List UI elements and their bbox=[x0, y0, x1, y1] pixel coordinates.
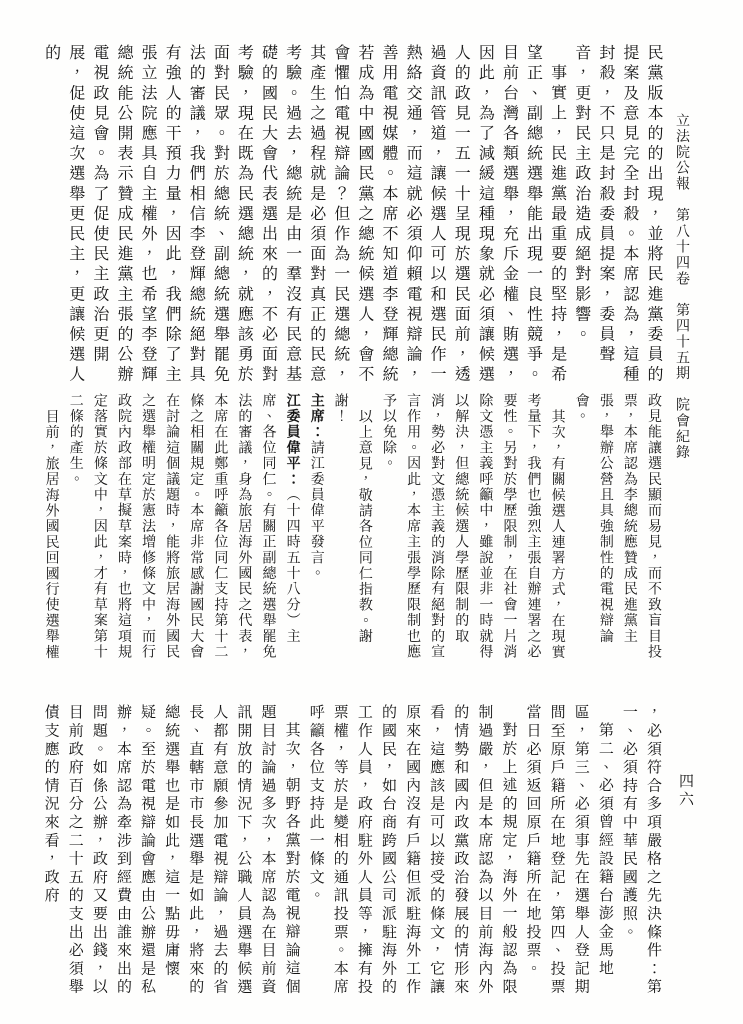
paragraph: ，必須符合多項嚴格之先決條件：第一、必須持有中華民國護照。 bbox=[617, 704, 665, 1015]
speaker-line-legislator: 江委員偉平：（十四時五十八分）主席、各位同仁。有關正副總統選舉罷免法的審議，身為… bbox=[63, 393, 304, 660]
paragraph: 民黨版本的的出現，並將民進黨委員的提案及意見完全封殺。本席認為，這種封殺，不只是… bbox=[569, 44, 665, 386]
speaker-name: 主席： bbox=[309, 393, 324, 440]
text-band-top: 民黨版本的的出現，並將民進黨委員的提案及意見完全封殺。本席認為，這種封殺，不只是… bbox=[62, 44, 665, 386]
text-band-middle: 政見能讓選民顯而易見，而不致盲目投票，本席認為李總統應贊成民進黨主張，舉辦公營且… bbox=[62, 393, 665, 660]
paragraph: 事實上，民進黨最重要的堅持，是希望正、副總統選舉能出現一良性競爭。目前台灣各類選… bbox=[39, 44, 569, 386]
page-number: 四六 bbox=[675, 773, 696, 809]
paragraph: 第二、必須曾經設籍台澎金馬地區，第三、必須事先在選舉人登記期間至原戶籍所在地登記… bbox=[520, 704, 616, 1015]
speech-text: （十四時五十八分）主席、各位同仁。有關正副總統選舉罷免法的審議，身為旅居海外國民… bbox=[68, 393, 300, 660]
speaker-name: 江委員偉平： bbox=[285, 393, 300, 487]
paragraph: 其次，朝野各黨對於電視辯論這個題目討論過多次，本席認為在目前資訊開放的情況下，公… bbox=[39, 704, 304, 1015]
text-band-bottom: ，必須符合多項嚴格之先決條件：第一、必須持有中華民國護照。 第二、必須曾經設籍台… bbox=[62, 704, 665, 1015]
gazette-header-title: 立法院公報 第八十四卷 第四十五期 院會紀錄 bbox=[671, 113, 691, 461]
speaker-line-chair: 主席：請江委員偉平發言。 bbox=[304, 393, 328, 660]
paragraph: 政見能讓選民顯而易見，而不致盲目投票，本席認為李總統應贊成民進黨主張，舉辦公營且… bbox=[569, 393, 665, 660]
paragraph: 以上意見，敬請各位同仁指教。謝謝！ bbox=[328, 393, 376, 660]
speech-text: 請江委員偉平發言。 bbox=[309, 440, 324, 581]
paragraph: 其次，有關候選人連署方式，在現實考量下，我們也強烈主張自辦連署之必要性。另對於學… bbox=[376, 393, 569, 660]
paragraph: 目前，旅居海外國民回國行使選舉權 bbox=[39, 393, 63, 660]
gazette-page: 立法院公報 第八十四卷 第四十五期 院會紀錄 四六 民黨版本的的出現，並將民進黨… bbox=[0, 0, 743, 1024]
paragraph: 對於上述的規定，海外一般認為限制過嚴，但是本席認為以目前海內外的情勢和國內政黨政… bbox=[304, 704, 521, 1015]
